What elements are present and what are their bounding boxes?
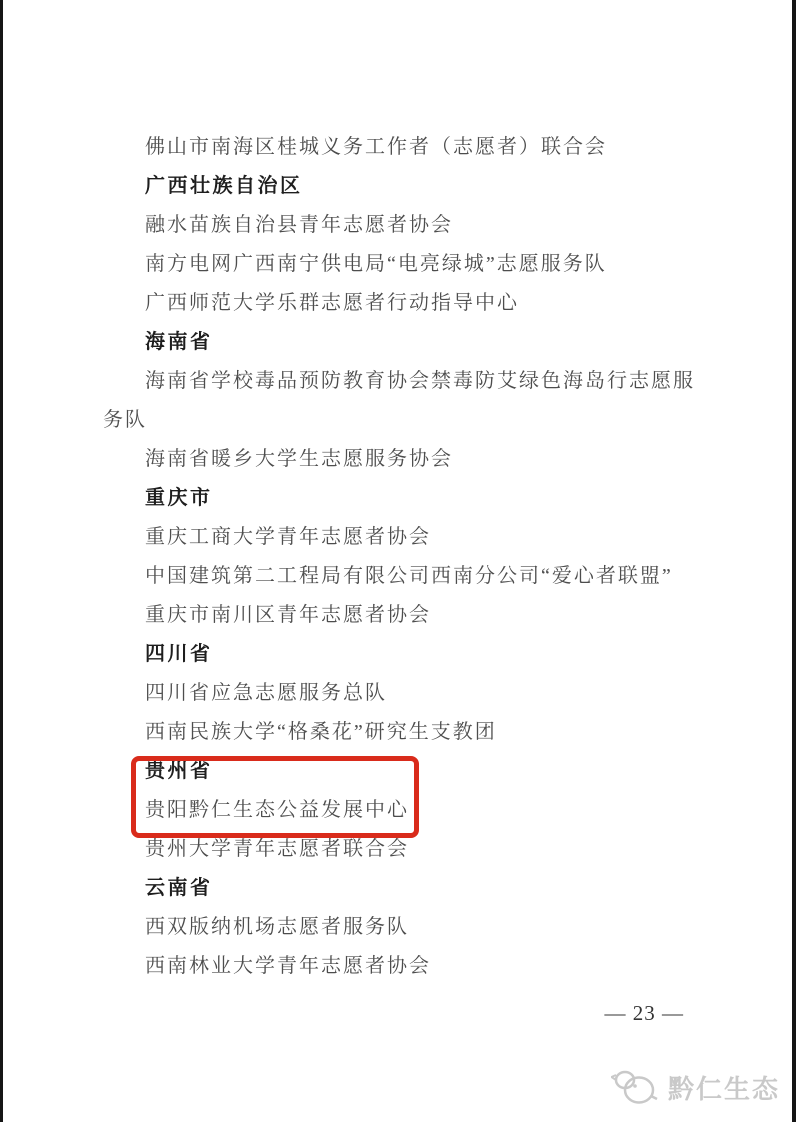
watermark-text: 黔仁生态 [668, 1069, 780, 1106]
organization-line: 南方电网广西南宁供电局“电亮绿城”志愿服务队 [103, 245, 696, 284]
watermark: 黔仁生态 [611, 1066, 780, 1108]
organization-line: 重庆工商大学青年志愿者协会 [103, 518, 696, 557]
org-list: 佛山市南海区桂城义务工作者（志愿者）联合会广西壮族自治区融水苗族自治县青年志愿者… [103, 128, 696, 986]
province-heading: 海南省 [103, 323, 696, 362]
organization-line: 西南民族大学“格桑花”研究生支教团 [103, 713, 696, 752]
province-heading: 四川省 [103, 635, 696, 674]
organization-line: 海南省学校毒品预防教育协会禁毒防艾绿色海岛行志愿服 [103, 362, 696, 401]
province-heading: 广西壮族自治区 [103, 167, 696, 206]
province-heading: 贵州省 [103, 752, 696, 791]
province-heading: 云南省 [103, 869, 696, 908]
organization-line: 务队 [103, 401, 696, 440]
organization-line: 海南省暖乡大学生志愿服务协会 [103, 440, 696, 479]
organization-line: 重庆市南川区青年志愿者协会 [103, 596, 696, 635]
organization-line: 四川省应急志愿服务总队 [103, 674, 696, 713]
organization-line: 佛山市南海区桂城义务工作者（志愿者）联合会 [103, 128, 696, 167]
organization-line: 广西师范大学乐群志愿者行动指导中心 [103, 284, 696, 323]
organization-line: 中国建筑第二工程局有限公司西南分公司“爱心者联盟” [103, 557, 696, 596]
document-page: { "document": { "lines": [ {"type": "ite… [0, 0, 796, 1122]
organization-line: 融水苗族自治县青年志愿者协会 [103, 206, 696, 245]
organization-line: 西双版纳机场志愿者服务队 [103, 908, 696, 947]
page-number: — 23 — [605, 1001, 685, 1026]
organization-line: 贵阳黔仁生态公益发展中心 [103, 791, 696, 830]
organization-line: 贵州大学青年志愿者联合会 [103, 830, 696, 869]
province-heading: 重庆市 [103, 479, 696, 518]
bird-logo-icon [611, 1066, 663, 1108]
organization-line: 西南林业大学青年志愿者协会 [103, 947, 696, 986]
